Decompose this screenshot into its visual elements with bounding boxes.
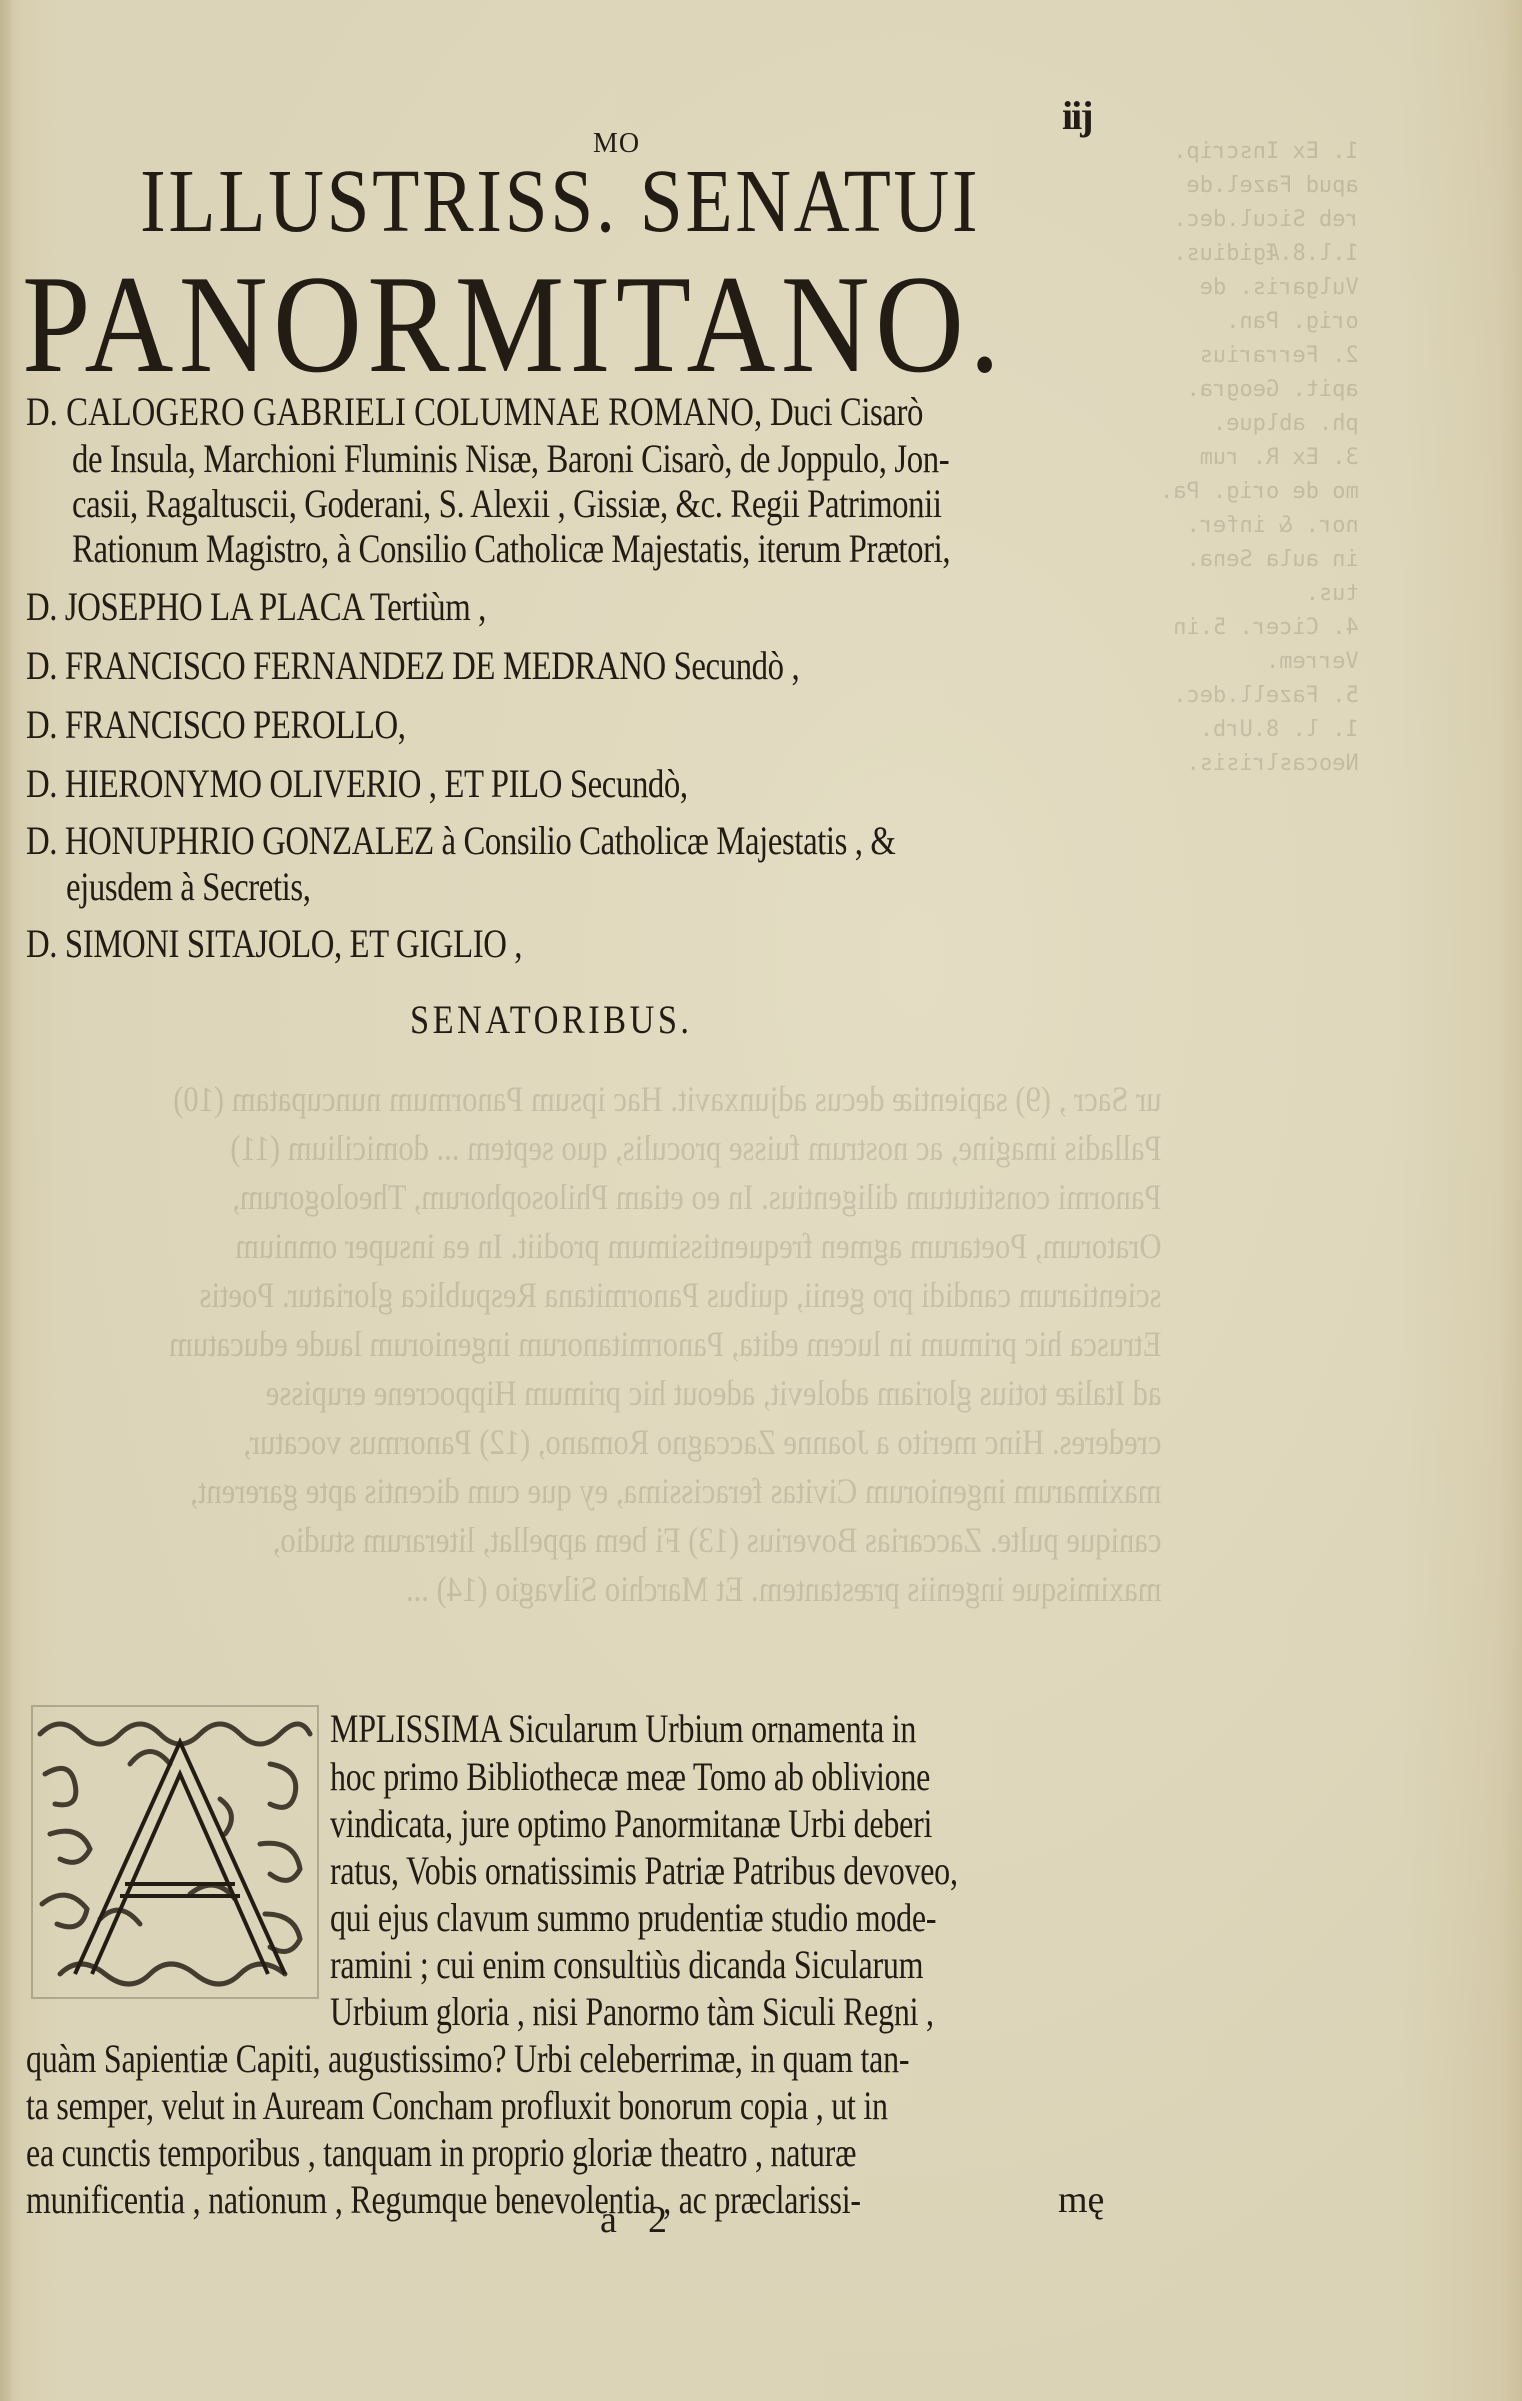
show-through-margin-notes: 1. Ex Inscrip.apud Fazel.dereb Sicul.dec… <box>1160 135 1359 781</box>
dedicatee-title: Duci Cisarò <box>762 389 923 434</box>
dedicatee-continuation: ejusdem à Secretis, <box>66 863 311 910</box>
body-line: hoc primo Bibliothecæ meæ Tomo ab oblivi… <box>330 1753 930 1800</box>
dedicatee-continuation: casii, Ragaltuscii, Goderani, S. Alexii … <box>72 480 942 527</box>
dedicatee-name: D. HIERONYMO OLIVERIO , ET PILO <box>26 761 562 806</box>
dedicatee-name: D. SIMONI SITAJOLO, ET GIGLIO , <box>26 921 522 966</box>
body-line: MPLISSIMA Sicularum Urbium ornamenta in <box>330 1705 916 1752</box>
signature-mark-number: 2 <box>648 2198 667 2242</box>
body-line: vindicata, jure optimo Panormitanæ Urbi … <box>330 1800 932 1847</box>
page-gutter-shadow <box>0 0 14 2401</box>
signature-mark-letter: a <box>600 2198 617 2242</box>
book-page: ur Sacr , (9) sapientiæ decus adjunxavit… <box>0 0 1522 2401</box>
dedicatee-title: Secundò , <box>666 643 799 688</box>
dedication-heading-line-2: PANORMITANO. <box>22 244 1005 405</box>
dedicatee-entry: D. HIERONYMO OLIVERIO , ET PILO Secundò, <box>26 760 688 807</box>
body-line: ratus, Vobis ornatissimis Patriæ Patribu… <box>330 1847 958 1894</box>
dedicatee-name: D. HONUPHRIO GONZALEZ <box>26 818 434 863</box>
dedicatee-entry: D. CALOGERO GABRIELI COLUMNAE ROMANO, Du… <box>26 388 923 435</box>
body-line: ta semper, velut in Auream Concham profl… <box>26 2082 888 2129</box>
dedicatee-name: D. CALOGERO GABRIELI COLUMNAE ROMANO, <box>26 389 762 434</box>
dedicatee-entry: D. HONUPHRIO GONZALEZ à Consilio Catholi… <box>26 817 895 864</box>
dedicatee-title: Tertiùm , <box>363 584 486 629</box>
dedicatee-continuation: de Insula, Marchioni Fluminis Nisæ, Baro… <box>72 435 949 482</box>
dedicatee-entry: D. JOSEPHO LA PLACA Tertiùm , <box>26 583 486 630</box>
catchword: mę <box>1058 2178 1104 2222</box>
show-through-text: ur Sacr , (9) sapientiæ decus adjunxavit… <box>159 1075 1162 1695</box>
body-line: Urbium gloria , nisi Panormo tàm Siculi … <box>330 1988 934 2035</box>
dedicatee-name: D. FRANCISCO FERNANDEZ DE MEDRANO <box>26 643 666 688</box>
dedicatee-entry: D. FRANCISCO PEROLLO, <box>26 701 406 748</box>
decorated-initial-a-icon <box>30 1704 320 2000</box>
body-line: quàm Sapientiæ Capiti, augustissimo? Urb… <box>26 2035 909 2082</box>
dedicatee-title: à Consilio Catholicæ Majestatis , & <box>434 818 896 863</box>
page-folio-number: iij <box>1062 92 1092 139</box>
dedication-heading-line-1: ILLUSTRISS. SENATUI <box>140 150 980 253</box>
dedicatee-name: D. JOSEPHO LA PLACA <box>26 584 363 629</box>
dedicatee-title: Secundò, <box>562 761 688 806</box>
dedicatee-entry: D. FRANCISCO FERNANDEZ DE MEDRANO Secund… <box>26 642 799 689</box>
body-line: ea cunctis temporibus , tanquam in propr… <box>26 2129 856 2176</box>
dedicatee-entry: D. SIMONI SITAJOLO, ET GIGLIO , <box>26 920 522 967</box>
dedicatee-continuation: Rationum Magistro, à Consilio Catholicæ … <box>72 525 950 572</box>
closing-heading: SENATORIBUS. <box>410 996 692 1043</box>
body-line: ramini ; cui enim consultiùs dicanda Sic… <box>330 1941 923 1988</box>
body-line: munificentia , nationum , Regumque benev… <box>26 2176 861 2223</box>
dedicatee-name: D. FRANCISCO PEROLLO, <box>26 702 406 747</box>
body-line: qui ejus clavum summo prudentiæ studio m… <box>330 1894 936 1941</box>
